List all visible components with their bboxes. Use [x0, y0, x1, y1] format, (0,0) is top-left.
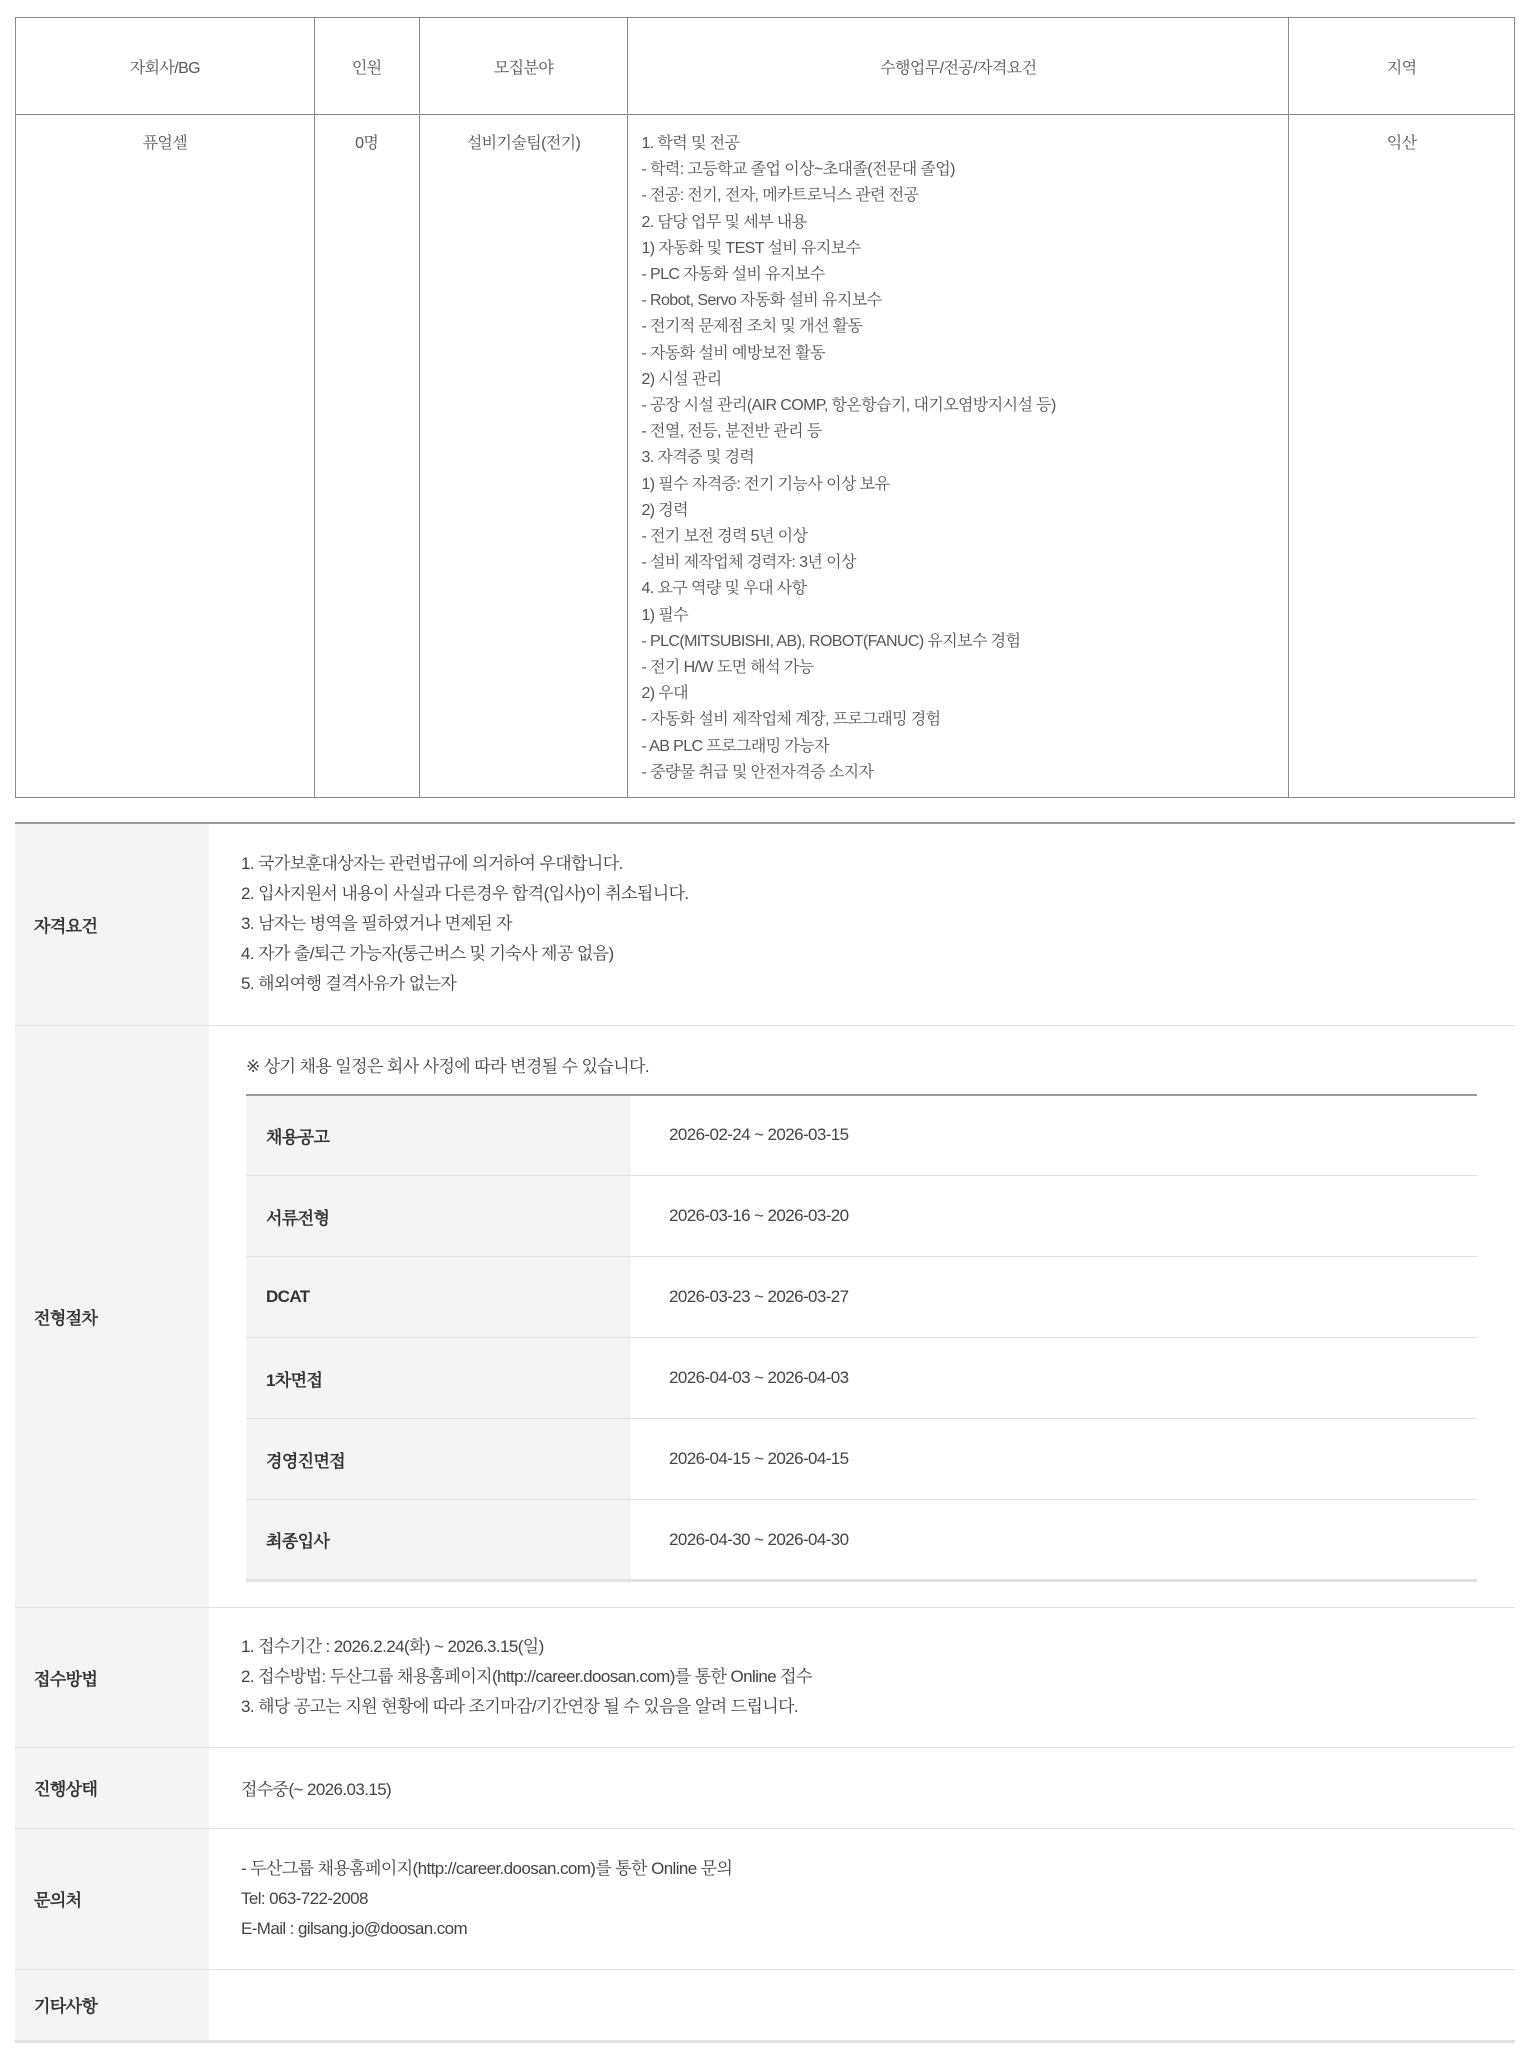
qualification-line: 1. 국가보훈대상자는 관련법규에 의거하여 우대합니다. — [241, 849, 1515, 879]
header-field: 모집분야 — [419, 18, 628, 115]
duties-line: 1) 필수 자격증: 전기 기능사 이상 보유 — [641, 472, 1288, 498]
qualification-line: 4. 자가 출/퇴근 가능자(통근버스 및 기숙사 제공 없음) — [241, 939, 1515, 969]
qualification-line: 3. 남자는 병역을 필하였거나 면제된 자 — [241, 909, 1515, 939]
duties-line: - 전열, 전등, 분전반 관리 등 — [641, 419, 1288, 445]
duties-line: - PLC(MITSUBISHI, AB), ROBOT(FANUC) 유지보수… — [641, 629, 1288, 655]
process-content: ※ 상기 채용 일정은 회사 사정에 따라 변경될 수 있습니다. 채용공고 2… — [209, 1025, 1515, 1607]
contact-email: E-Mail : gilsang.jo@doosan.com — [241, 1914, 1515, 1944]
row-etc: 기타사항 — [15, 1969, 1515, 2041]
duties-line: - 학력: 고등학교 졸업 이상~초대졸(전문대 졸업) — [641, 157, 1288, 183]
duties-line: 2) 경력 — [641, 498, 1288, 524]
duties-line: - 전기 H/W 도면 해석 가능 — [641, 655, 1288, 681]
etc-value — [209, 1969, 1515, 2041]
subsidiary-value: 퓨얼셀 — [16, 131, 314, 157]
duties-line: - 자동화 설비 예방보전 활동 — [641, 341, 1288, 367]
headcount-value: 0명 — [315, 131, 419, 157]
duties-line: 4. 요구 역량 및 우대 사항 — [641, 576, 1288, 602]
duties-line: - AB PLC 프로그래밍 가능자 — [641, 734, 1288, 760]
duties-line: - Robot, Servo 자동화 설비 유지보수 — [641, 288, 1288, 314]
schedule-row: 채용공고 2026-02-24 ~ 2026-03-15 — [246, 1095, 1477, 1176]
duties-line: - 전공: 전기, 전자, 메카트로닉스 관련 전공 — [641, 183, 1288, 209]
duties-line: 3. 자격증 및 경력 — [641, 445, 1288, 471]
row-contact: 문의처 - 두산그룹 채용홈페이지(http://career.doosan.c… — [15, 1828, 1515, 1969]
cell-subsidiary: 퓨얼셀 — [16, 115, 315, 798]
header-duties: 수행업무/전공/자격요건 — [628, 18, 1289, 115]
cell-duties: 1. 학력 및 전공 - 학력: 고등학교 졸업 이상~초대졸(전문대 졸업) … — [628, 115, 1289, 798]
schedule-stage: DCAT — [246, 1257, 631, 1338]
qualifications-content: 1. 국가보훈대상자는 관련법규에 의거하여 우대합니다. 2. 입사지원서 내… — [209, 823, 1515, 1025]
duties-line: 2) 우대 — [641, 681, 1288, 707]
schedule-row: DCAT 2026-03-23 ~ 2026-03-27 — [246, 1257, 1477, 1338]
duties-line: 1) 자동화 및 TEST 설비 유지보수 — [641, 236, 1288, 262]
schedule-period: 2026-03-23 ~ 2026-03-27 — [631, 1257, 1477, 1338]
schedule-row: 최종입사 2026-04-30 ~ 2026-04-30 — [246, 1500, 1477, 1581]
label-contact: 문의처 — [15, 1828, 209, 1969]
row-apply-method: 접수방법 1. 접수기간 : 2026.2.24(화) ~ 2026.3.15(… — [15, 1607, 1515, 1747]
schedule-period: 2026-03-16 ~ 2026-03-20 — [631, 1176, 1477, 1257]
duties-line: 2) 시설 관리 — [641, 367, 1288, 393]
label-qualifications: 자격요건 — [15, 823, 209, 1025]
contact-line: - 두산그룹 채용홈페이지(http://career.doosan.com)를… — [241, 1854, 1515, 1884]
duties-line: - PLC 자동화 설비 유지보수 — [641, 262, 1288, 288]
apply-line: 2. 접수방법: 두산그룹 채용홈페이지(http://career.doosa… — [241, 1662, 1515, 1692]
label-process: 전형절차 — [15, 1025, 209, 1607]
qualification-line: 5. 해외여행 결격사유가 없는자 — [241, 969, 1515, 999]
row-qualifications: 자격요건 1. 국가보훈대상자는 관련법규에 의거하여 우대합니다. 2. 입사… — [15, 823, 1515, 1025]
contact-phone: Tel: 063-722-2008 — [241, 1884, 1515, 1914]
job-posting-table: 자회사/BG 인원 모집분야 수행업무/전공/자격요건 지역 퓨얼셀 0명 설비… — [15, 17, 1515, 798]
label-etc: 기타사항 — [15, 1969, 209, 2041]
schedule-stage: 경영진면접 — [246, 1419, 631, 1500]
schedule-period: 2026-04-15 ~ 2026-04-15 — [631, 1419, 1477, 1500]
job-table-row: 퓨얼셀 0명 설비기술팀(전기) 1. 학력 및 전공 - 학력: 고등학교 졸… — [16, 115, 1515, 798]
duties-line: - 자동화 설비 제작업체 계장, 프로그래밍 경험 — [641, 707, 1288, 733]
region-value: 익산 — [1289, 131, 1514, 157]
schedule-stage: 채용공고 — [246, 1095, 631, 1176]
label-status: 진행상태 — [15, 1747, 209, 1828]
schedule-stage: 1차면접 — [246, 1338, 631, 1419]
duties-line: - 전기적 문제점 조치 및 개선 활동 — [641, 314, 1288, 340]
cell-headcount: 0명 — [314, 115, 419, 798]
row-process: 전형절차 ※ 상기 채용 일정은 회사 사정에 따라 변경될 수 있습니다. 채… — [15, 1025, 1515, 1607]
field-value: 설비기술팀(전기) — [420, 131, 628, 157]
label-apply-method: 접수방법 — [15, 1607, 209, 1747]
apply-method-content: 1. 접수기간 : 2026.2.24(화) ~ 2026.3.15(일) 2.… — [209, 1607, 1515, 1747]
cell-region: 익산 — [1289, 115, 1515, 798]
schedule-stage: 서류전형 — [246, 1176, 631, 1257]
header-subsidiary: 자회사/BG — [16, 18, 315, 115]
schedule-row: 1차면접 2026-04-03 ~ 2026-04-03 — [246, 1338, 1477, 1419]
duties-line: 1. 학력 및 전공 — [641, 131, 1288, 157]
schedule-period: 2026-04-03 ~ 2026-04-03 — [631, 1338, 1477, 1419]
recruitment-info-table: 자격요건 1. 국가보훈대상자는 관련법규에 의거하여 우대합니다. 2. 입사… — [15, 822, 1515, 2043]
duties-line: 2. 담당 업무 및 세부 내용 — [641, 210, 1288, 236]
header-headcount: 인원 — [314, 18, 419, 115]
schedule-stage: 최종입사 — [246, 1500, 631, 1581]
schedule-table: 채용공고 2026-02-24 ~ 2026-03-15 서류전형 2026-0… — [246, 1094, 1477, 1583]
schedule-row: 서류전형 2026-03-16 ~ 2026-03-20 — [246, 1176, 1477, 1257]
row-status: 진행상태 접수중(~ 2026.03.15) — [15, 1747, 1515, 1828]
duties-line: - 설비 제작업체 경력자: 3년 이상 — [641, 550, 1288, 576]
duties-line: 1) 필수 — [641, 603, 1288, 629]
schedule-note: ※ 상기 채용 일정은 회사 사정에 따라 변경될 수 있습니다. — [246, 1052, 649, 1077]
schedule-period: 2026-02-24 ~ 2026-03-15 — [631, 1095, 1477, 1176]
qualification-line: 2. 입사지원서 내용이 사실과 다른경우 합격(입사)이 취소됩니다. — [241, 879, 1515, 909]
header-region: 지역 — [1289, 18, 1515, 115]
status-value: 접수중(~ 2026.03.15) — [209, 1747, 1515, 1828]
schedule-period: 2026-04-30 ~ 2026-04-30 — [631, 1500, 1477, 1581]
duties-line: - 공장 시설 관리(AIR COMP, 항온항습기, 대기오염방지시설 등) — [641, 393, 1288, 419]
duties-line: - 전기 보전 경력 5년 이상 — [641, 524, 1288, 550]
schedule-row: 경영진면접 2026-04-15 ~ 2026-04-15 — [246, 1419, 1477, 1500]
apply-line: 3. 해당 공고는 지원 현황에 따라 조기마감/기간연장 될 수 있음을 알려… — [241, 1692, 1515, 1722]
cell-field: 설비기술팀(전기) — [419, 115, 628, 798]
contact-content: - 두산그룹 채용홈페이지(http://career.doosan.com)를… — [209, 1828, 1515, 1969]
apply-line: 1. 접수기간 : 2026.2.24(화) ~ 2026.3.15(일) — [241, 1632, 1515, 1662]
duties-line: - 중량물 취급 및 안전자격증 소지자 — [641, 760, 1288, 786]
job-table-header-row: 자회사/BG 인원 모집분야 수행업무/전공/자격요건 지역 — [16, 18, 1515, 115]
